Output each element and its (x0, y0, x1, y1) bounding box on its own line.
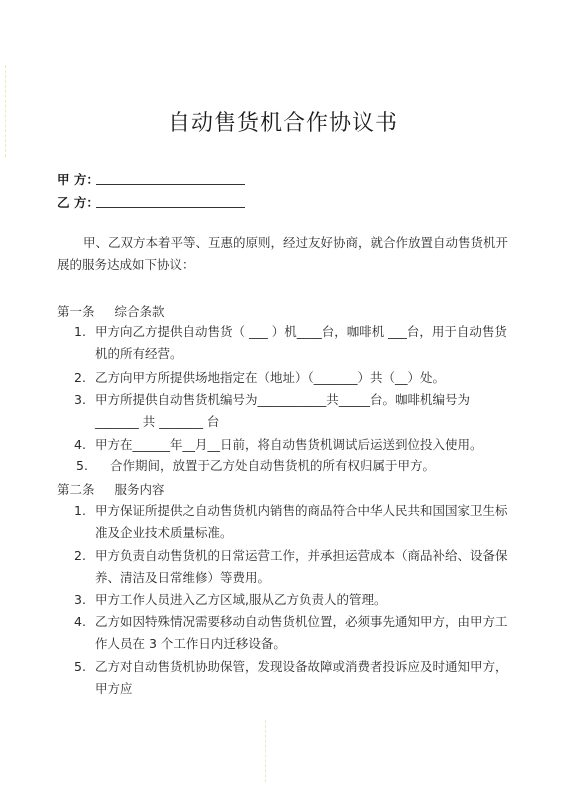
intro-paragraph: 甲、乙双方本着平等、互惠的原则，经过友好协商，就合作放置自动售货机开展的服务达成… (57, 232, 512, 277)
list-item: 1. 甲方向乙方提供自动售货（ ___ ）机____台，咖啡机 ___台，用于自… (74, 321, 514, 366)
item-text: 乙方向甲方所提供场地指定在（地址）（_______）共（__）处。 (95, 367, 514, 389)
item-number: 3. (74, 389, 94, 411)
party-a-signature-line (96, 184, 245, 185)
list-item: 2. 甲方负责自动售货机的日常运营工作，并承担运营成本（商品补给、设备保养、清洁… (74, 545, 514, 590)
item-number: 3. (74, 589, 94, 611)
list-item: 3. 甲方工作人员进入乙方区域,服从乙方负责人的管理。 (74, 589, 514, 611)
item-text: 甲方负责自动售货机的日常运营工作，并承担运营成本（商品补给、设备保养、清洁及日常… (95, 545, 514, 590)
item-text: 乙方对自动售货机协助保管，发现设备故障或消费者投诉应及时通知甲方，甲方应 (95, 656, 514, 701)
article-heading: 第二条服务内容 (57, 480, 165, 498)
item-text: 甲方在______年__月__日前，将自动售货机调试后运送到位投入使用。 (95, 434, 514, 456)
item-text: 甲方保证所提供之自动售货机内销售的商品符合中华人民共和国国家卫生标准及企业技术质… (95, 500, 514, 545)
item-text: 合作期间，放置于乙方处自动售货机的所有权归属于甲方。 (110, 455, 516, 477)
item-number: 5. (74, 656, 94, 678)
list-item: 2. 乙方向甲方所提供场地指定在（地址）（_______）共（__）处。 (74, 367, 514, 389)
item-number: 2. (74, 545, 94, 567)
article-number: 第二条 (57, 482, 95, 497)
list-item: 5. 合作期间，放置于乙方处自动售货机的所有权归属于甲方。 (76, 455, 516, 477)
party-b-signature-line (96, 207, 245, 208)
party-b: 乙 方： (57, 193, 99, 211)
item-text: 乙方如因特殊情况需要移动自动售货机位置，必须事先通知甲方，由甲方工作人员在 3 … (95, 611, 514, 656)
item-number: 5. (76, 455, 96, 477)
item-number: 4. (74, 434, 94, 456)
item-number: 1. (74, 321, 94, 343)
item-text: 甲方所提供自动售货机编号为___________共_____台。咖啡机编号为 _… (95, 389, 514, 434)
article-heading: 第一条综合条款 (57, 302, 165, 320)
article-name: 综合条款 (115, 304, 165, 319)
item-text: 甲方工作人员进入乙方区域,服从乙方负责人的管理。 (95, 589, 514, 611)
item-number: 2. (74, 367, 94, 389)
item-number: 1. (74, 500, 94, 522)
article-name: 服务内容 (115, 482, 165, 497)
party-a-label: 甲 方： (57, 172, 99, 187)
item-text: 甲方向乙方提供自动售货（ ___ ）机____台，咖啡机 ___台，用于自动售货… (95, 321, 514, 366)
document-page: 自动售货机合作协议书 甲 方： 乙 方： 甲、乙双方本着平等、互惠的原则，经过友… (0, 0, 566, 800)
party-b-label: 乙 方： (57, 195, 99, 210)
list-item: 3. 甲方所提供自动售货机编号为___________共_____台。咖啡机编号… (74, 389, 514, 434)
list-item: 5. 乙方对自动售货机协助保管，发现设备故障或消费者投诉应及时通知甲方，甲方应 (74, 656, 514, 701)
margin-guide-bottom (265, 720, 266, 782)
list-item: 1. 甲方保证所提供之自动售货机内销售的商品符合中华人民共和国国家卫生标准及企业… (74, 500, 514, 545)
item-number: 4. (74, 611, 94, 633)
list-item: 4. 甲方在______年__月__日前，将自动售货机调试后运送到位投入使用。 (74, 434, 514, 456)
document-title: 自动售货机合作协议书 (0, 106, 566, 137)
party-a: 甲 方： (57, 170, 99, 188)
list-item: 4. 乙方如因特殊情况需要移动自动售货机位置，必须事先通知甲方，由甲方工作人员在… (74, 611, 514, 656)
article-number: 第一条 (57, 304, 95, 319)
